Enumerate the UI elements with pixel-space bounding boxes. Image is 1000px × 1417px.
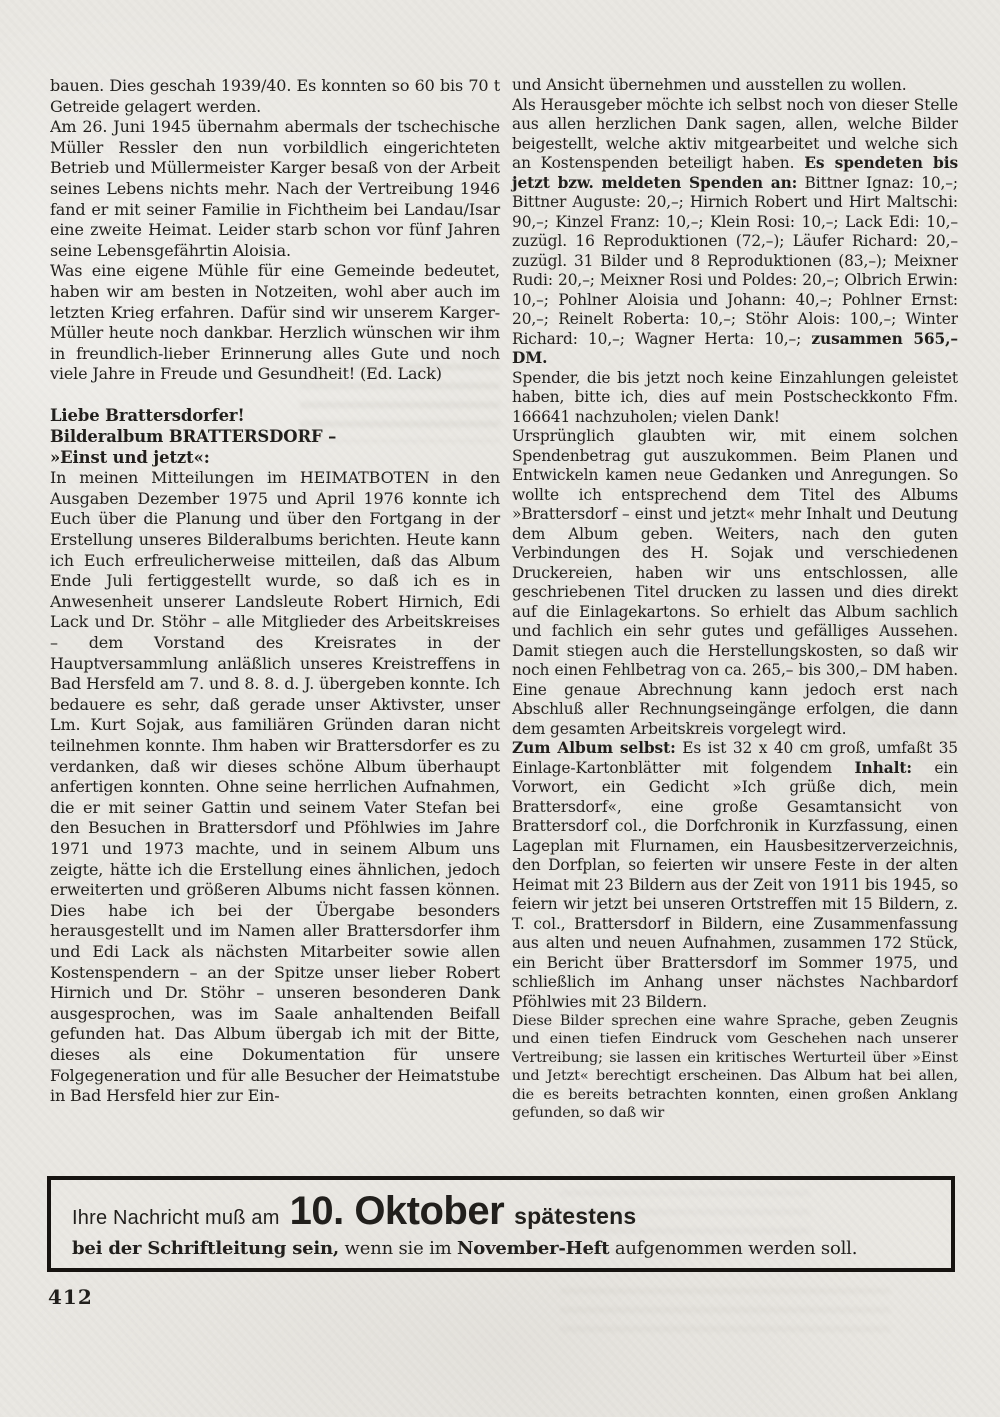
text-segment: Diese Bilder sprechen eine wahre Sprache… <box>512 1013 958 1121</box>
bold-text-segment: bei der Schriftleitung sein, <box>72 1238 339 1259</box>
deadline-notice-line-2: bei der Schriftleitung sein, wenn sie im… <box>72 1238 951 1259</box>
text-segment: Ursprünglich glaubten wir, mit einem sol… <box>512 427 958 738</box>
paragraph-album-reception: Diese Bilder sprechen eine wahre Sprache… <box>512 1012 958 1122</box>
heading-line-salutation: Liebe Brattersdorfer! <box>50 406 500 427</box>
paragraph-payment-reminder: Spender, die bis jetzt noch keine Einzah… <box>512 369 958 428</box>
deadline-date: 10. Oktober <box>290 1189 505 1234</box>
text-segment: Am 26. Juni 1945 übernahm abermals der t… <box>50 117 500 260</box>
deadline-suffix-text: spätestens <box>514 1203 636 1230</box>
left-column: bauen. Dies geschah 1939/40. Es konnten … <box>50 76 500 1172</box>
bold-text-segment: Inhalt: <box>854 759 912 777</box>
section-heading: Liebe Brattersdorfer! Bilderalbum BRATTE… <box>50 406 500 468</box>
page-number: 412 <box>48 1285 93 1309</box>
text-segment: Was eine eigene Mühle für eine Gemeinde … <box>50 261 500 383</box>
bold-text-segment: November-Heft <box>457 1238 609 1259</box>
right-column: und Ansicht übernehmen und ausstellen zu… <box>512 76 958 1172</box>
paragraph-album-report: In meinen Mitteilungen im HEIMATBOTEN in… <box>50 468 500 1106</box>
text-segment: In meinen Mitteilungen im HEIMATBOTEN in… <box>50 468 500 1105</box>
paragraph-album-contents: Zum Album selbst: Es ist 32 x 40 cm groß… <box>512 739 958 1012</box>
two-column-text-area: bauen. Dies geschah 1939/40. Es konnten … <box>50 76 958 1172</box>
text-segment: aufgenommen werden soll. <box>609 1238 857 1259</box>
text-segment: Bittner Ignaz: 10,–; Bittner Auguste: 20… <box>512 174 958 348</box>
deadline-prefix-text: Ihre Nachricht muß am <box>72 1207 280 1230</box>
scanned-newsletter-page: bauen. Dies geschah 1939/40. Es konnten … <box>0 0 1000 1417</box>
paragraph-continuation: und Ansicht übernehmen und ausstellen zu… <box>512 76 958 96</box>
paragraph-mill-continuation: bauen. Dies geschah 1939/40. Es konnten … <box>50 76 500 117</box>
text-segment: wenn sie im <box>339 1238 457 1259</box>
paragraph-mill-thanks: Was eine eigene Mühle für eine Gemeinde … <box>50 261 500 385</box>
deadline-notice-box: Ihre Nachricht muß am 10. Oktober spätes… <box>47 1176 955 1272</box>
paragraph-costs: Ursprünglich glaubten wir, mit einem sol… <box>512 427 958 739</box>
text-segment: bauen. Dies geschah 1939/40. Es konnten … <box>50 76 500 116</box>
text-segment: Spender, die bis jetzt noch keine Einzah… <box>512 369 958 426</box>
text-segment: ein Vorwort, ein Gedicht »Ich grüße dich… <box>512 759 958 1011</box>
paragraph-mill-history: Am 26. Juni 1945 übernahm abermals der t… <box>50 117 500 261</box>
bleed-through-artifact <box>560 1288 890 1336</box>
heading-line-album-title: Bilderalbum BRATTERSDORF – <box>50 427 500 448</box>
paragraph-donors-list: Als Herausgeber möchte ich selbst noch v… <box>512 96 958 369</box>
bold-text-segment: Zum Album selbst: <box>512 739 676 757</box>
text-segment: und Ansicht übernehmen und ausstellen zu… <box>512 76 907 94</box>
heading-line-album-subtitle: »Einst und jetzt«: <box>50 448 500 469</box>
deadline-notice-line-1: Ihre Nachricht muß am 10. Oktober spätes… <box>51 1180 951 1234</box>
